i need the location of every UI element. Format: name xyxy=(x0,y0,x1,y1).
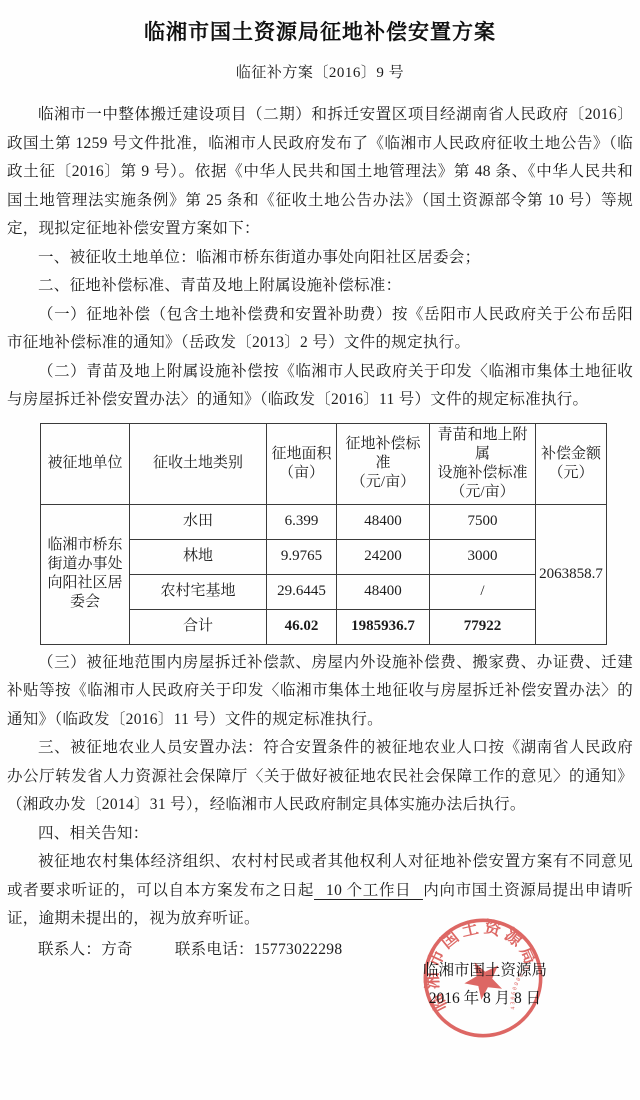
signature-org: 临湘市国土资源局 xyxy=(395,957,575,985)
cell-land-type: 农村宅基地 xyxy=(130,574,267,609)
cell-total-amount: 2063858.7 xyxy=(536,504,607,644)
cell-attachment: 7500 xyxy=(430,504,536,539)
cell-standard: 24200 xyxy=(337,539,430,574)
section-1-line: 一、被征收土地单位：临湘市桥东街道办事处向阳社区居委会； xyxy=(7,244,633,273)
contact-phone-number: 15773022298 xyxy=(254,941,343,958)
cell-land-type: 林地 xyxy=(130,539,267,574)
cell-area: 29.6445 xyxy=(267,574,337,609)
compensation-table: 被征地单位 征收土地类别 征地面积 （亩） 征地补偿标准 （元/亩） 青苗和地上… xyxy=(40,423,607,645)
section-2-heading: 二、征地补偿标准、青苗及地上附属设施补偿标准： xyxy=(7,272,633,301)
section-4-heading: 四、相关告知： xyxy=(7,820,633,849)
header-unit: 被征地单位 xyxy=(41,423,130,504)
header-attachment: 青苗和地上附属 设施补偿标准 （元/亩） xyxy=(430,423,536,504)
contact-person-name: 方奇 xyxy=(101,941,133,958)
section-3-paragraph: 三、被征地农业人员安置办法：符合安置条件的被征地农业人口按《湖南省人民政府办公厅… xyxy=(7,734,633,820)
cell-attachment: 77922 xyxy=(430,609,536,644)
cell-attachment: 3000 xyxy=(430,539,536,574)
cell-unit-name: 临湘市桥东街道办事处向阳社区居委会 xyxy=(41,504,130,644)
hearing-days-underlined: 10 个工作日 xyxy=(314,882,423,900)
table-row: 临湘市桥东街道办事处向阳社区居委会 水田 6.399 48400 7500 20… xyxy=(41,504,607,539)
document-body: 临湘市一中整体搬迁建设项目（二期）和拆迁安置区项目经湖南省人民政府〔2016〕政… xyxy=(7,101,633,964)
table-header-row: 被征地单位 征收土地类别 征地面积 （亩） 征地补偿标准 （元/亩） 青苗和地上… xyxy=(41,423,607,504)
cell-area: 9.9765 xyxy=(267,539,337,574)
header-land-type: 征收土地类别 xyxy=(130,423,267,504)
cell-standard: 1985936.7 xyxy=(337,609,430,644)
cell-area: 6.399 xyxy=(267,504,337,539)
document-number: 临征补方案〔2016〕9 号 xyxy=(7,61,633,82)
contact-person-label: 联系人： xyxy=(38,941,101,958)
section-2-3-paragraph: （三）被征地范围内房屋拆迁补偿款、房屋内外设施补偿费、搬家费、办证费、迁建补贴等… xyxy=(7,649,633,735)
cell-standard: 48400 xyxy=(337,504,430,539)
document-title: 临湘市国土资源局征地补偿安置方案 xyxy=(7,16,633,46)
signature-block: 临湘市国土资源局 2016 年 8 月 8 日 xyxy=(395,957,575,1013)
cell-standard: 48400 xyxy=(337,574,430,609)
intro-paragraph: 临湘市一中整体搬迁建设项目（二期）和拆迁安置区项目经湖南省人民政府〔2016〕政… xyxy=(7,101,633,244)
header-area: 征地面积 （亩） xyxy=(267,423,337,504)
cell-attachment: / xyxy=(430,574,536,609)
cell-land-type: 合计 xyxy=(130,609,267,644)
cell-area: 46.02 xyxy=(267,609,337,644)
contact-phone-label: 联系电话： xyxy=(175,941,254,958)
header-amount: 补偿金额 （元） xyxy=(536,423,607,504)
cell-land-type: 水田 xyxy=(130,504,267,539)
section-2-2-paragraph: （二）青苗及地上附属设施补偿按《临湘市人民政府关于印发〈临湘市集体土地征收与房屋… xyxy=(7,358,633,415)
header-standard: 征地补偿标准 （元/亩） xyxy=(337,423,430,504)
section-2-1-paragraph: （一）征地补偿（包含土地补偿费和安置补助费）按《岳阳市人民政府关于公布岳阳市征地… xyxy=(7,301,633,358)
signature-date: 2016 年 8 月 8 日 xyxy=(395,985,575,1013)
document-page: 临湘市国土资源局征地补偿安置方案 临征补方案〔2016〕9 号 临湘市一中整体搬… xyxy=(0,0,640,1100)
